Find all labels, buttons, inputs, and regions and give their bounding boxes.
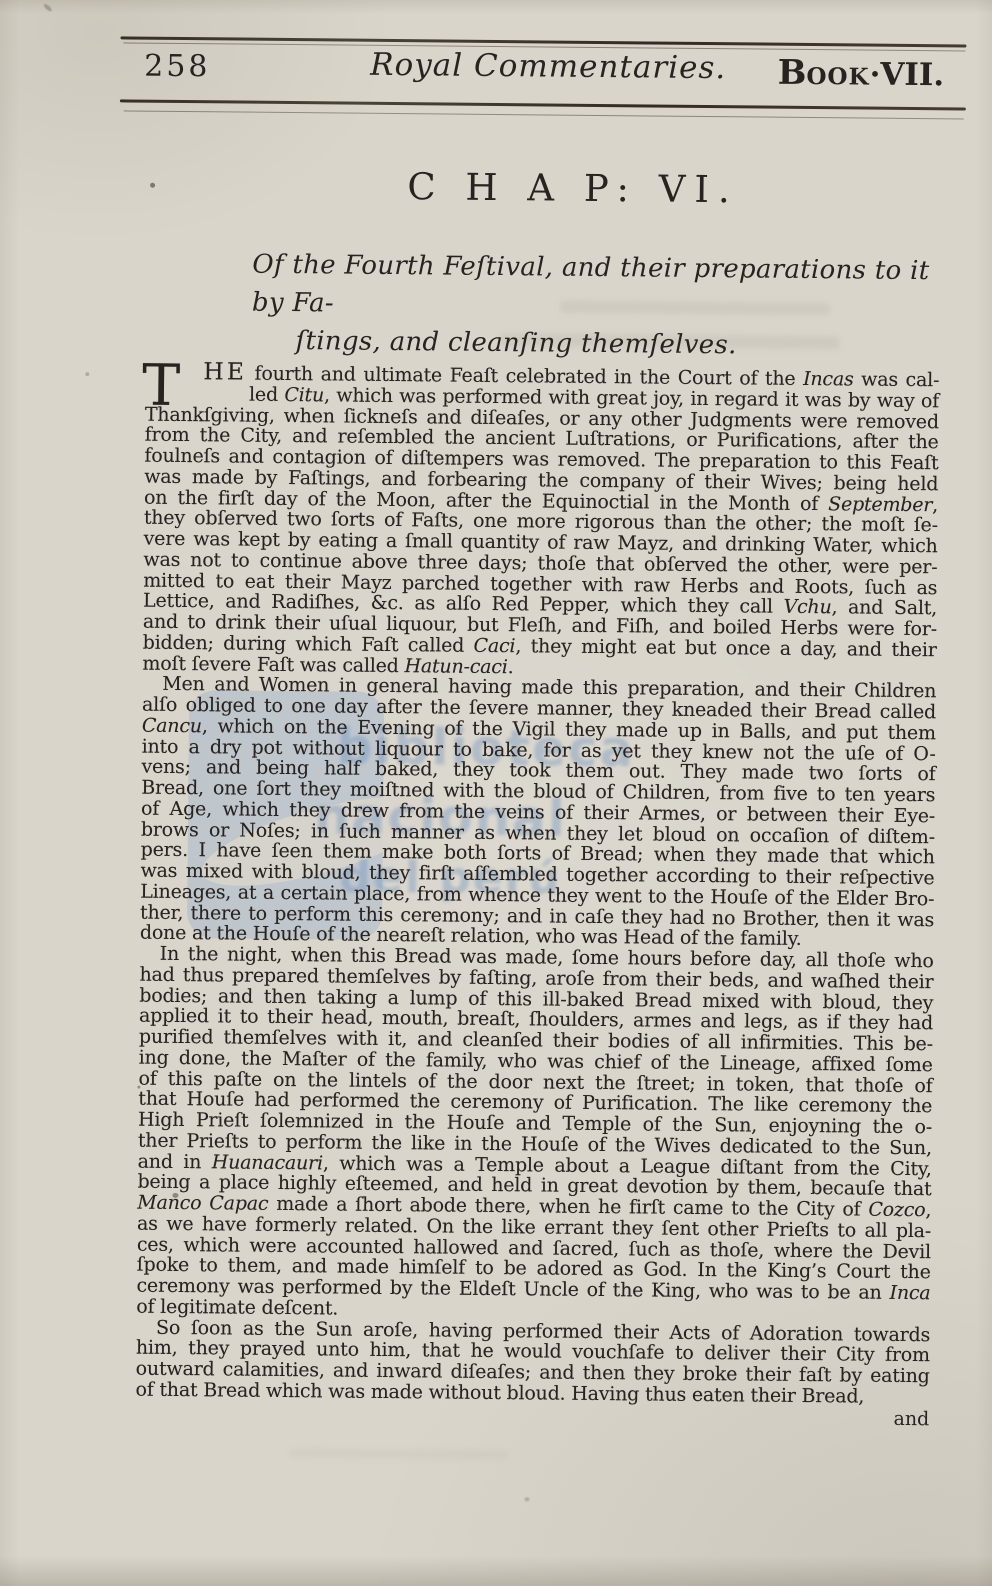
foxing-speck: [172, 1193, 178, 1198]
body-text: THE fourth and ultimate Feaſt celebrated…: [135, 361, 939, 1408]
book-label-initial: B: [778, 53, 807, 93]
paper-fiber: [43, 3, 53, 13]
paragraph: THE fourth and ultimate Feaſt celebrated…: [142, 361, 939, 682]
chapter-subtitle-line2: ſtings, and cleanſing themſelves.: [295, 322, 951, 366]
paragraph: So ſoon as the Sun aroſe, having perform…: [135, 1317, 930, 1408]
chapter-heading: C H A P: VI.: [77, 162, 992, 215]
book-page: 258 Royal Commentaries. BOOK·VII. C H A …: [0, 0, 992, 1586]
foxing-speck: [524, 1497, 529, 1501]
chapter-subtitle: Of the Fourth Feſtival, and their prepar…: [251, 246, 952, 367]
chapter-subtitle-line1: Of the Fourth Feſtival, and their prepar…: [252, 246, 953, 329]
book-label-numeral: ·VII.: [869, 57, 944, 94]
book-label: BOOK·VII.: [778, 53, 945, 95]
foxing-speck: [150, 183, 155, 188]
drop-cap: T: [142, 364, 180, 408]
header-rule-bottom-thin: [124, 110, 964, 119]
showthrough-smudge: [289, 1448, 509, 1460]
foxing-speck: [85, 372, 89, 376]
book-label-smallcaps: OOK: [806, 63, 869, 91]
paragraph: In the night, when this Bread was made, …: [136, 944, 934, 1325]
foxing-speck: [137, 1086, 140, 1089]
page-content: 258 Royal Commentaries. BOOK·VII. C H A …: [0, 0, 992, 1586]
paragraph: Men and Women in general having made thi…: [140, 674, 937, 951]
header-rule-bottom: [120, 99, 966, 110]
